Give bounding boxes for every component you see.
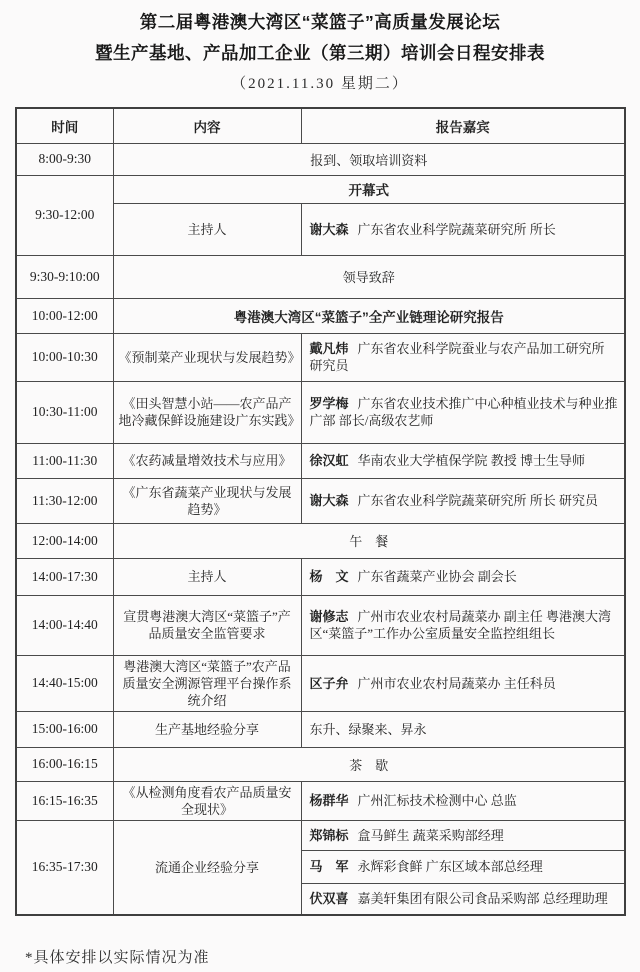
table-row: 9:30-12:00 开幕式	[16, 175, 625, 203]
speaker-desc: 华南农业大学植保学院 教授 博士生导师	[358, 453, 586, 468]
speaker-desc: 盒马鲜生 蔬菜采购部经理	[358, 828, 504, 843]
speaker-desc: 广东省蔬菜产业协会 副会长	[358, 569, 517, 584]
speaker-cell: 戴凡炜广东省农业科学院蚕业与农产品加工研究所 研究员	[301, 333, 625, 381]
speaker-name: 伏双喜	[310, 891, 349, 906]
speaker-cell: 郑锦标盒马鲜生 蔬菜采购部经理	[301, 820, 625, 850]
time-cell: 10:30-11:00	[16, 381, 113, 443]
time-cell: 12:00-14:00	[16, 523, 113, 558]
speaker-desc: 广东省农业科学院蔬菜研究所 所长	[358, 222, 556, 237]
content-cell: 流通企业经验分享	[113, 820, 301, 915]
section-title-cell: 开幕式	[113, 175, 625, 203]
time-cell: 16:15-16:35	[16, 781, 113, 820]
merged-cell: 报到、领取培训资料	[113, 143, 625, 175]
header-content: 内容	[113, 108, 301, 143]
speaker-name: 戴凡炜	[310, 341, 349, 356]
time-cell: 15:00-16:00	[16, 711, 113, 747]
table-row: 11:00-11:30 《农药减量增效技术与应用》 徐汉虹华南农业大学植保学院 …	[16, 443, 625, 478]
speaker-name: 罗学梅	[310, 396, 349, 411]
speaker-cell: 罗学梅广东省农业技术推广中心种植业技术与种业推广部 部长/高级农艺师	[301, 381, 625, 443]
content-cell: 粤港澳大湾区“菜篮子”农产品质量安全溯源管理平台操作系统介绍	[113, 655, 301, 711]
table-row: 15:00-16:00 生产基地经验分享 东升、绿聚来、昇永	[16, 711, 625, 747]
speaker-name: 谢大森	[310, 493, 349, 508]
speaker-name: 徐汉虹	[310, 453, 349, 468]
speaker-cell: 杨 文广东省蔬菜产业协会 副会长	[301, 558, 625, 595]
content-cell: 《从检测角度看农产品质量安全现状》	[113, 781, 301, 820]
speaker-name: 杨 文	[310, 569, 349, 584]
table-row: 16:00-16:15 茶 歇	[16, 747, 625, 781]
time-cell: 9:30-12:00	[16, 175, 113, 255]
speaker-name: 郑锦标	[310, 828, 349, 843]
merged-cell: 领导致辞	[113, 255, 625, 298]
speaker-desc: 嘉美轩集团有限公司食品采购部 总经理助理	[358, 891, 608, 906]
speaker-cell: 徐汉虹华南农业大学植保学院 教授 博士生导师	[301, 443, 625, 478]
speaker-cell: 区子弁广州市农业农村局蔬菜办 主任科员	[301, 655, 625, 711]
content-cell: 《田头智慧小站——农产品产地冷藏保鲜设施建设广东实践》	[113, 381, 301, 443]
document-title-line1: 第二届粤港澳大湾区“菜篮子”高质量发展论坛	[0, 7, 640, 38]
time-cell: 8:00-9:30	[16, 143, 113, 175]
table-row: 14:00-14:40 宣贯粤港澳大湾区“菜篮子”产品质量安全监管要求 谢修志广…	[16, 595, 625, 655]
document-page: 第二届粤港澳大湾区“菜篮子”高质量发展论坛 暨生产基地、产品加工企业（第三期）培…	[0, 0, 640, 972]
table-row: 10:00-10:30 《预制菜产业现状与发展趋势》 戴凡炜广东省农业科学院蚕业…	[16, 333, 625, 381]
table-row: 8:00-9:30 报到、领取培训资料	[16, 143, 625, 175]
merged-cell: 午 餐	[113, 523, 625, 558]
speaker-name: 区子弁	[310, 676, 349, 691]
merged-cell: 茶 歇	[113, 747, 625, 781]
footnote: *具体安排以实际情况为准	[25, 946, 640, 967]
content-cell: 《预制菜产业现状与发展趋势》	[113, 333, 301, 381]
content-cell: 主持人	[113, 558, 301, 595]
schedule-table: 时间 内容 报告嘉宾 8:00-9:30 报到、领取培训资料 9:30-12:0…	[15, 107, 626, 916]
content-cell: 生产基地经验分享	[113, 711, 301, 747]
table-row: 14:40-15:00 粤港澳大湾区“菜篮子”农产品质量安全溯源管理平台操作系统…	[16, 655, 625, 711]
speaker-desc: 广东省农业科学院蔬菜研究所 所长 研究员	[358, 493, 599, 508]
speaker-desc: 广州市农业农村局蔬菜办 副主任 粤港澳大湾区“菜篮子”工作办公室质量安全监控组组…	[310, 609, 612, 641]
speaker-name: 谢修志	[310, 609, 349, 624]
speaker-cell: 伏双喜嘉美轩集团有限公司食品采购部 总经理助理	[301, 883, 625, 915]
content-cell: 《农药减量增效技术与应用》	[113, 443, 301, 478]
time-cell: 16:35-17:30	[16, 820, 113, 915]
time-cell: 9:30-9:10:00	[16, 255, 113, 298]
content-cell: 主持人	[113, 203, 301, 255]
speaker-cell: 马 军永辉彩食鲜 广东区域本部总经理	[301, 850, 625, 883]
table-row: 10:00-12:00 粤港澳大湾区“菜篮子”全产业链理论研究报告	[16, 298, 625, 333]
time-cell: 10:00-12:00	[16, 298, 113, 333]
speaker-desc: 广州汇标技术检测中心 总监	[358, 793, 517, 808]
speaker-desc: 永辉彩食鲜 广东区域本部总经理	[358, 859, 543, 874]
content-cell: 宣贯粤港澳大湾区“菜篮子”产品质量安全监管要求	[113, 595, 301, 655]
time-cell: 14:40-15:00	[16, 655, 113, 711]
title-block: 第二届粤港澳大湾区“菜篮子”高质量发展论坛 暨生产基地、产品加工企业（第三期）培…	[0, 0, 640, 97]
table-row: 16:35-17:30 流通企业经验分享 郑锦标盒马鲜生 蔬菜采购部经理	[16, 820, 625, 850]
speaker-cell: 谢大森广东省农业科学院蔬菜研究所 所长 研究员	[301, 478, 625, 523]
time-cell: 14:00-14:40	[16, 595, 113, 655]
section-title-cell: 粤港澳大湾区“菜篮子”全产业链理论研究报告	[113, 298, 625, 333]
document-date: （2021.11.30 星期二）	[0, 71, 640, 97]
speaker-desc: 广东省农业技术推广中心种植业技术与种业推广部 部长/高级农艺师	[310, 396, 618, 428]
table-row: 16:15-16:35 《从检测角度看农产品质量安全现状》 杨群华广州汇标技术检…	[16, 781, 625, 820]
time-cell: 11:30-12:00	[16, 478, 113, 523]
time-cell: 14:00-17:30	[16, 558, 113, 595]
speaker-cell: 东升、绿聚来、昇永	[301, 711, 625, 747]
header-speaker: 报告嘉宾	[301, 108, 625, 143]
table-row: 14:00-17:30 主持人 杨 文广东省蔬菜产业协会 副会长	[16, 558, 625, 595]
speaker-desc: 广东省农业科学院蚕业与农产品加工研究所 研究员	[310, 341, 605, 373]
document-title-line2: 暨生产基地、产品加工企业（第三期）培训会日程安排表	[0, 38, 640, 69]
table-row: 9:30-9:10:00 领导致辞	[16, 255, 625, 298]
table-row: 12:00-14:00 午 餐	[16, 523, 625, 558]
table-row: 11:30-12:00 《广东省蔬菜产业现状与发展趋势》 谢大森广东省农业科学院…	[16, 478, 625, 523]
speaker-cell: 谢修志广州市农业农村局蔬菜办 副主任 粤港澳大湾区“菜篮子”工作办公室质量安全监…	[301, 595, 625, 655]
header-time: 时间	[16, 108, 113, 143]
table-row: 10:30-11:00 《田头智慧小站——农产品产地冷藏保鲜设施建设广东实践》 …	[16, 381, 625, 443]
time-cell: 16:00-16:15	[16, 747, 113, 781]
time-cell: 10:00-10:30	[16, 333, 113, 381]
speaker-desc: 广州市农业农村局蔬菜办 主任科员	[358, 676, 556, 691]
speaker-name: 马 军	[310, 859, 349, 874]
speaker-cell: 杨群华广州汇标技术检测中心 总监	[301, 781, 625, 820]
speaker-cell: 谢大森广东省农业科学院蔬菜研究所 所长	[301, 203, 625, 255]
content-cell: 《广东省蔬菜产业现状与发展趋势》	[113, 478, 301, 523]
speaker-name: 谢大森	[310, 222, 349, 237]
time-cell: 11:00-11:30	[16, 443, 113, 478]
header-row: 时间 内容 报告嘉宾	[16, 108, 625, 143]
speaker-name: 杨群华	[310, 793, 349, 808]
